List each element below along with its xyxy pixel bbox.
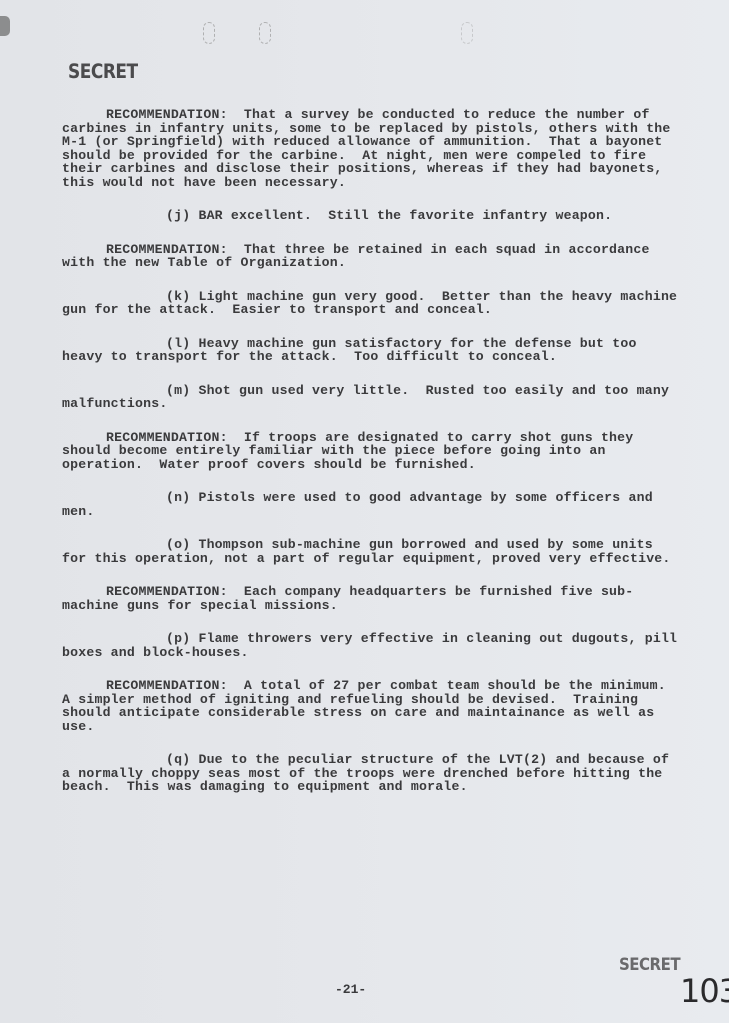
handwritten-page-number: 103: [680, 972, 729, 1010]
document-body: RECOMMENDATION: That a survey be conduct…: [62, 108, 682, 814]
paragraph-recommendation: RECOMMENDATION: That three be retained i…: [62, 243, 682, 270]
page-number: -21-: [335, 982, 366, 997]
classification-stamp-top: SECRET: [68, 61, 138, 84]
paragraph-item-p: (p) Flame throwers very effective in cle…: [62, 632, 682, 659]
paragraph-item-q: (q) Due to the peculiar structure of the…: [62, 753, 682, 794]
punch-hole: [259, 22, 271, 44]
paragraph-item-m: (m) Shot gun used very little. Rusted to…: [62, 384, 682, 411]
paragraph-item-j: (j) BAR excellent. Still the favorite in…: [62, 209, 682, 223]
punch-hole: [461, 22, 473, 44]
classification-stamp-bottom: SECRET: [619, 954, 680, 975]
paragraph-recommendation: RECOMMENDATION: That a survey be conduct…: [62, 108, 682, 189]
paragraph-item-k: (k) Light machine gun very good. Better …: [62, 290, 682, 317]
binder-clip-mark: [0, 16, 10, 36]
paragraph-recommendation: RECOMMENDATION: Each company headquarter…: [62, 585, 682, 612]
paragraph-item-l: (l) Heavy machine gun satisfactory for t…: [62, 337, 682, 364]
punch-hole: [203, 22, 215, 44]
paragraph-recommendation: RECOMMENDATION: If troops are designated…: [62, 431, 682, 472]
paragraph-recommendation: RECOMMENDATION: A total of 27 per combat…: [62, 679, 682, 733]
paragraph-item-o: (o) Thompson sub-machine gun borrowed an…: [62, 538, 682, 565]
document-page: SECRET RECOMMENDATION: That a survey be …: [0, 0, 729, 1023]
paragraph-item-n: (n) Pistols were used to good advantage …: [62, 491, 682, 518]
